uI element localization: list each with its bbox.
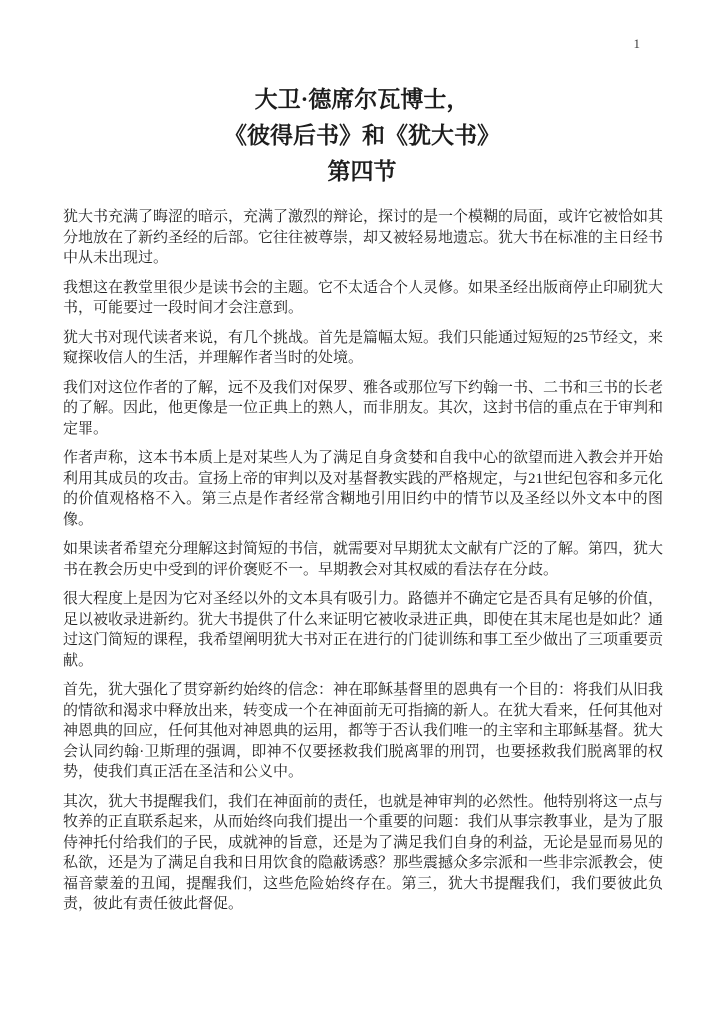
paragraph: 我们对这位作者的了解，远不及我们对保罗、雅各或那位写下约翰一书、二书和三书的长老… — [63, 378, 663, 440]
page-number: 1 — [634, 36, 641, 52]
paragraph: 作者声称，这本书本质上是对某些人为了满足自身贪婪和自我中心的欲望而进入教会并开始… — [63, 448, 663, 530]
paragraph: 其次，犹大书提醒我们，我们在神面前的责任，也就是神审判的必然性。他特别将这一点与… — [63, 792, 663, 915]
paragraph: 犹大书对现代读者来说，有几个挑战。首先是篇幅太短。我们只能通过短短的25节经文，… — [63, 328, 663, 369]
document-title: 大卫·德席尔瓦博士， 《彼得后书》和《犹大书》 第四节 — [62, 82, 662, 190]
paragraph: 犹大书充满了晦涩的暗示，充满了激烈的辩论，探讨的是一个模糊的局面，或许它被恰如其… — [63, 207, 663, 269]
title-line-books: 《彼得后书》和《犹大书》 — [62, 118, 662, 154]
paragraph: 很大程度上是因为它对圣经以外的文本具有吸引力。路德并不确定它是否具有足够的价值，… — [63, 589, 663, 671]
document-body: 犹大书充满了晦涩的暗示，充满了激烈的辩论，探讨的是一个模糊的局面，或许它被恰如其… — [63, 207, 663, 915]
title-line-session: 第四节 — [62, 154, 662, 190]
title-line-author: 大卫·德席尔瓦博士， — [62, 82, 662, 118]
paragraph: 我想这在教堂里很少是读书会的主题。它不太适合个人灵修。如果圣经出版商停止印刷犹大… — [63, 278, 663, 319]
paragraph: 如果读者希望充分理解这封简短的书信，就需要对早期犹太文献有广泛的了解。第四，犹大… — [63, 539, 663, 580]
document-page: 1 大卫·德席尔瓦博士， 《彼得后书》和《犹大书》 第四节 犹大书充满了晦涩的暗… — [0, 0, 724, 1024]
paragraph: 首先，犹大强化了贯穿新约始终的信念：神在耶稣基督里的恩典有一个目的：将我们从旧我… — [63, 680, 663, 783]
